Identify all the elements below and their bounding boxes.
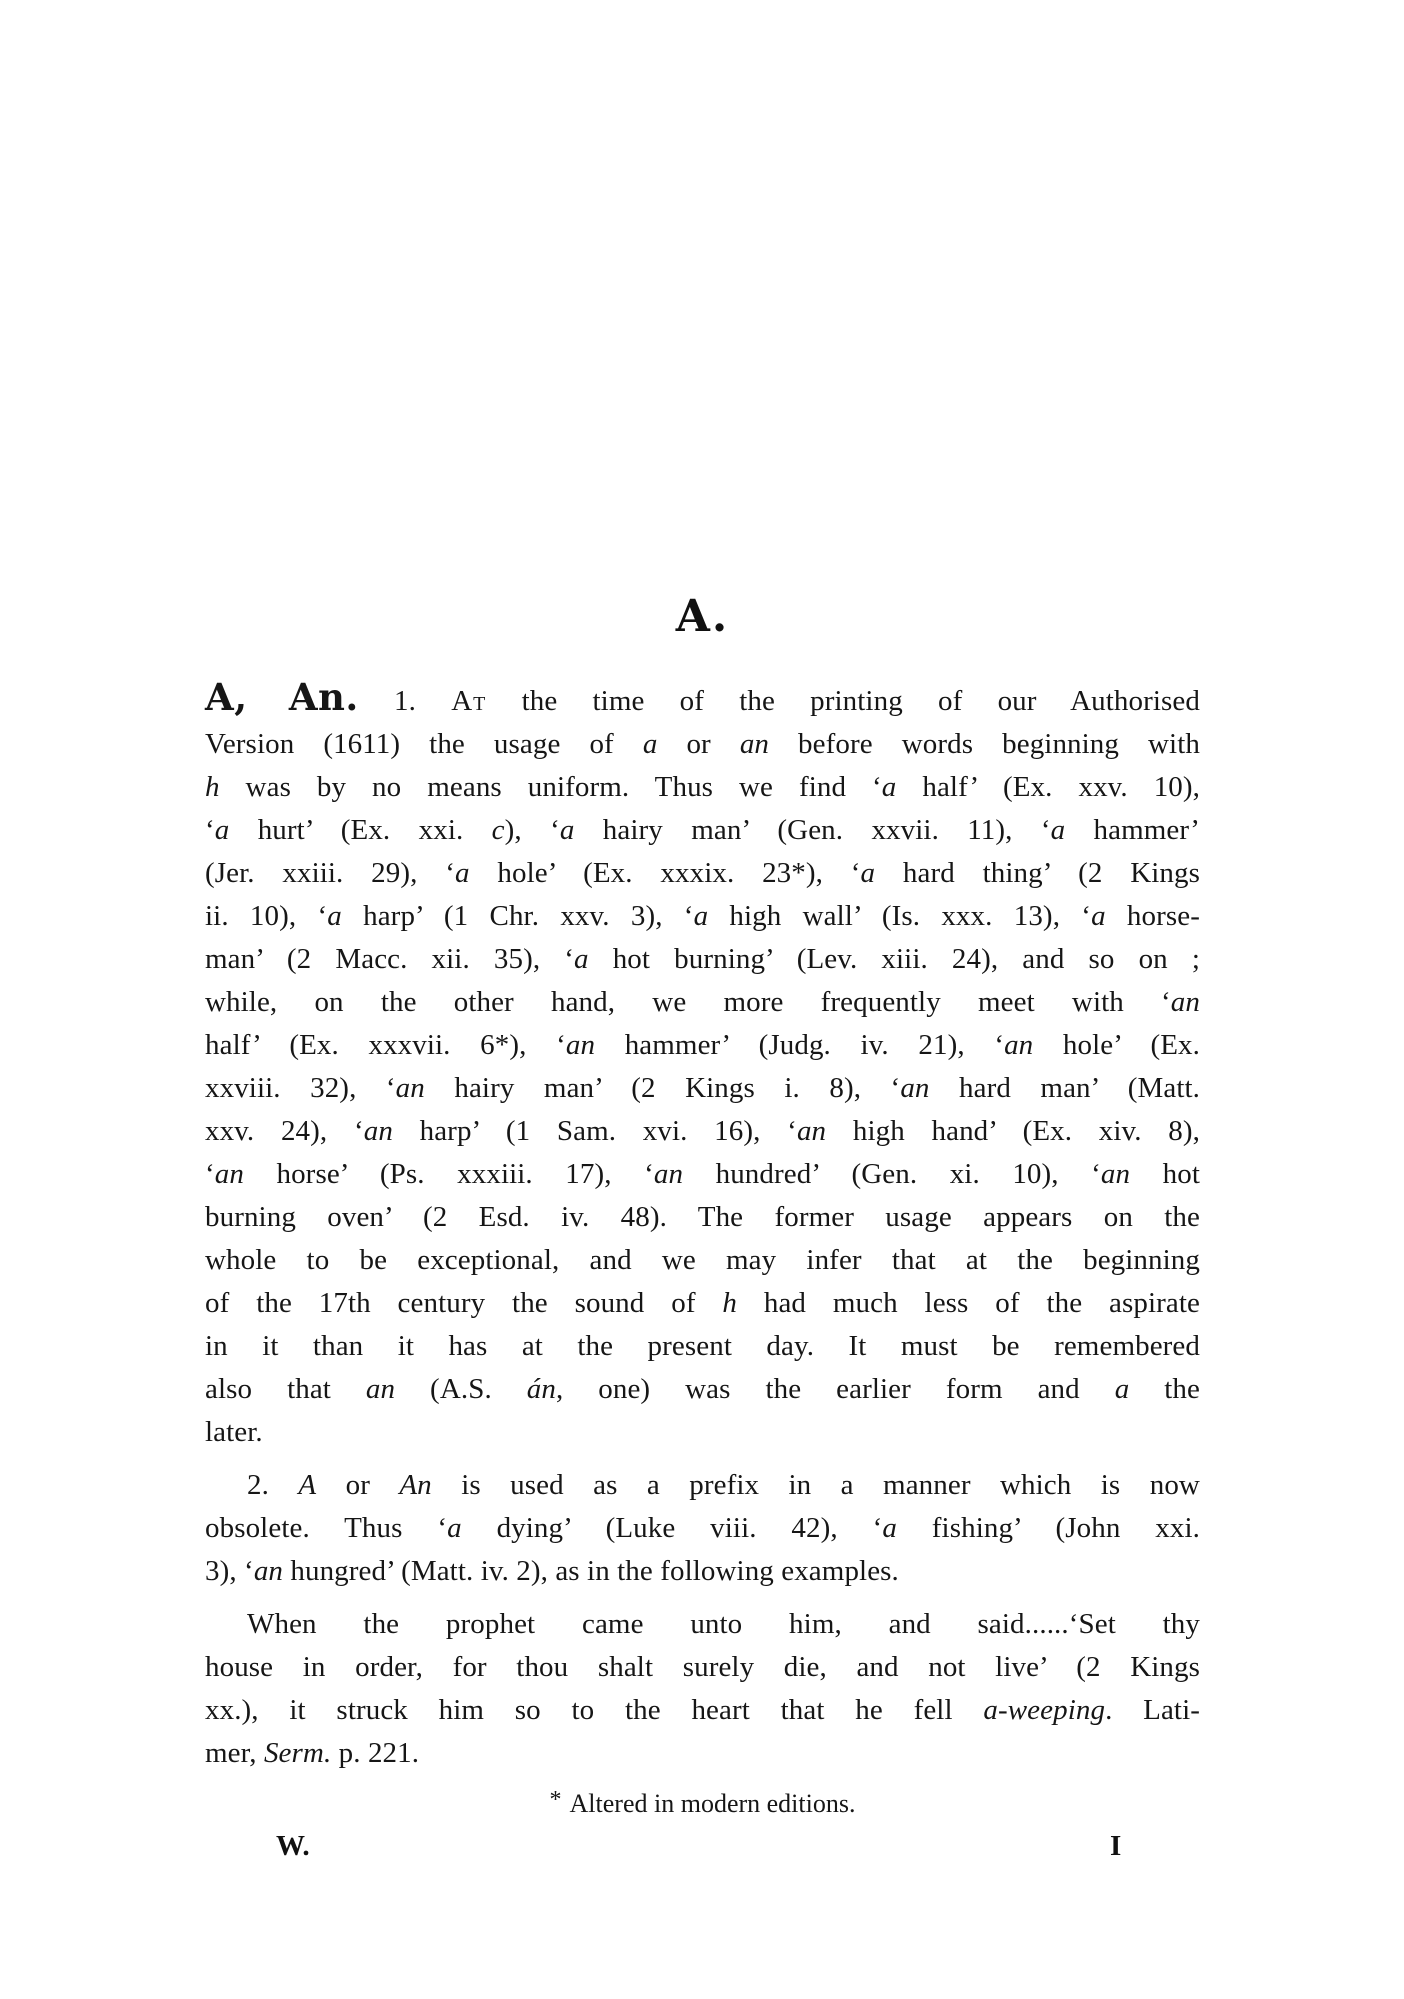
text-line: 3), ‘an hungred’ (Matt. iv. 2), as in th… xyxy=(205,1550,1200,1593)
text-line: xx.), it struck him so to the heart that… xyxy=(205,1689,1200,1732)
footnote-text: Altered in modern editions. xyxy=(570,1789,856,1818)
text-line: burning oven’ (2 Esd. iv. 48). The forme… xyxy=(205,1196,1200,1239)
italic-text: a xyxy=(694,900,709,932)
italic-text: A xyxy=(298,1469,316,1501)
italic-text: a xyxy=(1115,1373,1130,1405)
italic-text: c xyxy=(492,814,505,846)
text-line: half’ (Ex. xxxvii. 6*), ‘an hammer’ (Jud… xyxy=(205,1024,1200,1067)
text-line: while, on the other hand, we more freque… xyxy=(205,981,1200,1024)
italic-text: a xyxy=(560,814,575,846)
text-line: xxviii. 32), ‘an hairy man’ (2 Kings i. … xyxy=(205,1067,1200,1110)
text-line: A, An. 1. At the time of the printing of… xyxy=(205,679,1200,723)
italic-text: a xyxy=(447,1512,462,1544)
text-line: xxv. 24), ‘an harp’ (1 Sam. xvi. 16), ‘a… xyxy=(205,1110,1200,1153)
italic-text: a xyxy=(574,943,589,975)
text-line: ‘a hurt’ (Ex. xxi. c), ‘a hairy man’ (Ge… xyxy=(205,809,1200,852)
small-caps-text: At xyxy=(451,685,486,717)
italic-text: an xyxy=(1171,986,1200,1018)
italic-text: an xyxy=(900,1072,929,1104)
text-line: obsolete. Thus ‘a dying’ (Luke viii. 42)… xyxy=(205,1507,1200,1550)
text-line: 2. A or An is used as a prefix in a mann… xyxy=(205,1464,1200,1507)
italic-text: a xyxy=(882,771,897,803)
text-line: ‘an horse’ (Ps. xxxiii. 17), ‘an hundred… xyxy=(205,1153,1200,1196)
italic-text: an xyxy=(396,1072,425,1104)
italic-text: a xyxy=(215,814,230,846)
text-line: also that an (A.S. án, one) was the earl… xyxy=(205,1368,1200,1411)
text-line: man’ (2 Macc. xii. 35), ‘a hot burning’ … xyxy=(205,938,1200,981)
italic-text: an xyxy=(797,1115,826,1147)
text-line: of the 17th century the sound of h had m… xyxy=(205,1282,1200,1325)
italic-text: an xyxy=(566,1029,595,1061)
section-heading: A. xyxy=(205,594,1200,640)
book-page: A. A, An. 1. At the time of the printing… xyxy=(0,0,1404,1999)
italic-text: a xyxy=(643,728,658,760)
italic-text: a xyxy=(861,857,876,889)
italic-text: a xyxy=(455,857,470,889)
italic-text: an xyxy=(740,728,769,760)
text-line: h was by no means uniform. Thus we find … xyxy=(205,766,1200,809)
text-line: in it than it has at the present day. It… xyxy=(205,1325,1200,1368)
italic-text: an xyxy=(254,1555,283,1587)
text-line: When the prophet came unto him, and said… xyxy=(205,1603,1200,1646)
italic-text: an xyxy=(366,1373,395,1405)
page-number: I xyxy=(1110,1828,1121,1864)
text-line: ii. 10), ‘a harp’ (1 Chr. xxv. 3), ‘a hi… xyxy=(205,895,1200,938)
text-line: mer, Serm. p. 221. xyxy=(205,1732,1200,1775)
italic-text: h xyxy=(205,771,220,803)
footnote: *Altered in modern editions. xyxy=(205,1788,1200,1821)
italic-text: a xyxy=(1051,814,1066,846)
italic-text: An xyxy=(399,1469,431,1501)
italic-text: a xyxy=(882,1512,897,1544)
signature-mark: W. xyxy=(276,1828,310,1864)
text-line: later. xyxy=(205,1411,1200,1454)
italic-text: an xyxy=(215,1158,244,1190)
italic-text: an xyxy=(1101,1158,1130,1190)
footnote-asterisk: * xyxy=(550,1784,562,1816)
italic-text: a-weeping xyxy=(983,1694,1105,1726)
paragraph: A, An. 1. At the time of the printing of… xyxy=(205,679,1200,1454)
italic-text: an xyxy=(654,1158,683,1190)
italic-text: h xyxy=(722,1287,737,1319)
headword: A, An. xyxy=(205,675,359,719)
text-line: whole to be exceptional, and we may infe… xyxy=(205,1239,1200,1282)
italic-text: an xyxy=(1004,1029,1033,1061)
italic-text: a xyxy=(327,900,342,932)
italic-text: a xyxy=(1091,900,1106,932)
paragraph: When the prophet came unto him, and said… xyxy=(205,1603,1200,1775)
italic-text: an xyxy=(364,1115,393,1147)
italic-text: Serm. xyxy=(264,1737,331,1769)
entry-body: A, An. 1. At the time of the printing of… xyxy=(205,679,1200,1775)
text-line: (Jer. xxiii. 29), ‘a hole’ (Ex. xxxix. 2… xyxy=(205,852,1200,895)
text-line: house in order, for thou shalt surely di… xyxy=(205,1646,1200,1689)
italic-text: án xyxy=(527,1373,556,1405)
text-line: Version (1611) the usage of a or an befo… xyxy=(205,723,1200,766)
paragraph: 2. A or An is used as a prefix in a mann… xyxy=(205,1464,1200,1593)
